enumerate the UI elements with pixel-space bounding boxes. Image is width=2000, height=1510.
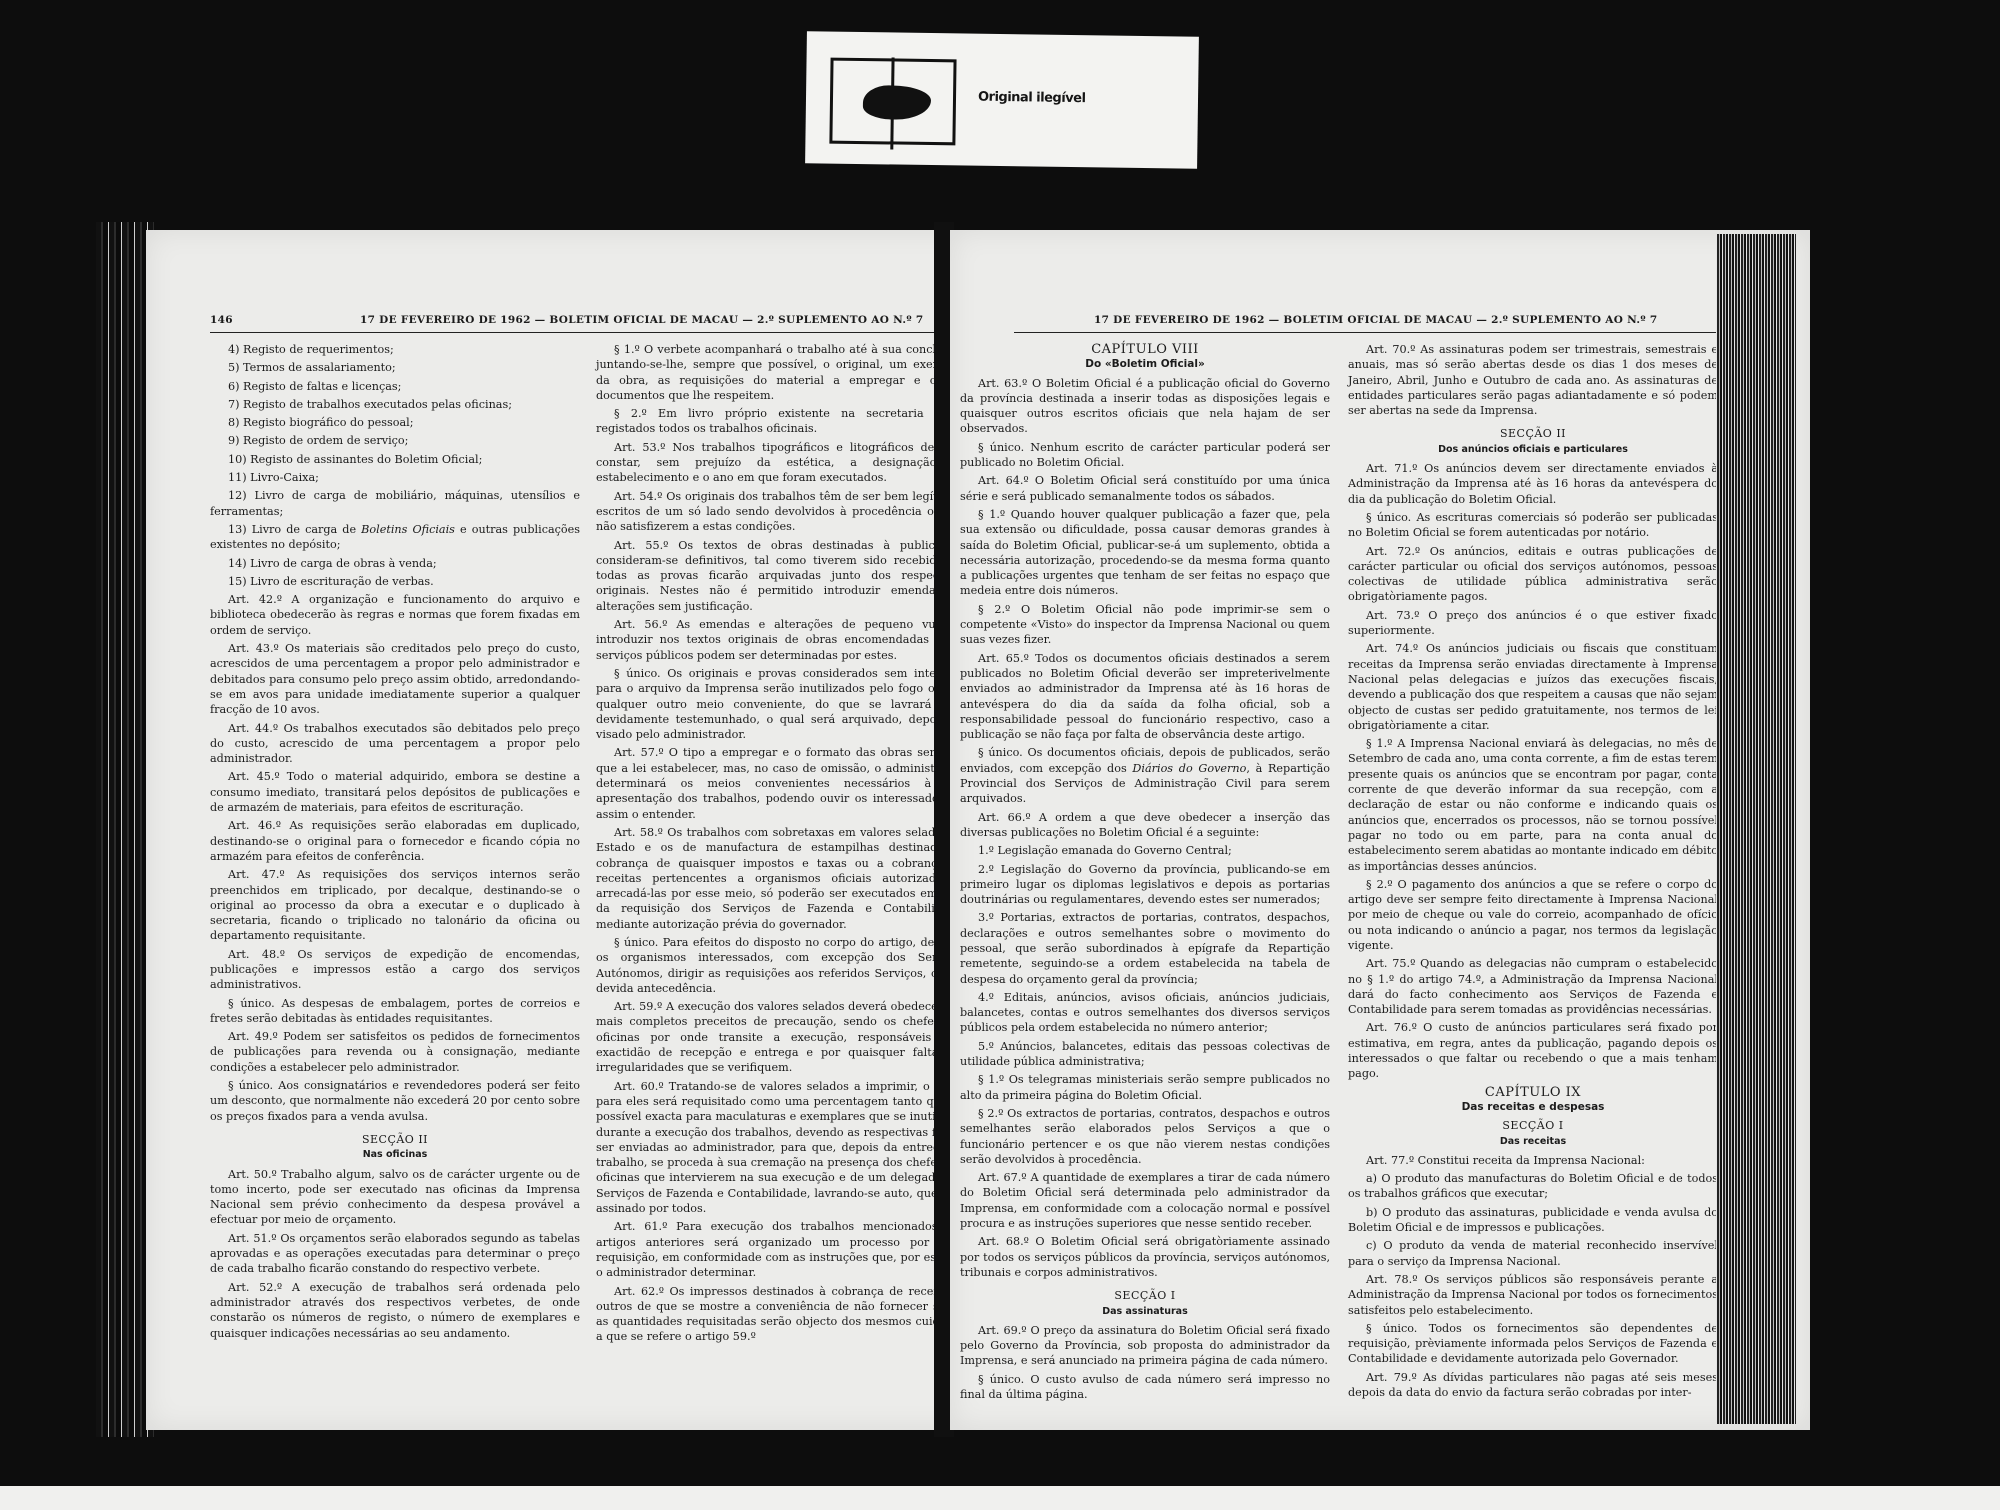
paragraph: § único. Nenhum escrito de carácter part… bbox=[960, 440, 1330, 471]
paragraph: 8) Registo biográfico do pessoal; bbox=[210, 415, 580, 430]
paragraph: Art. 50.º Trabalho algum, salvo os de ca… bbox=[210, 1167, 580, 1228]
section-subheading: Dos anúncios oficiais e particulares bbox=[1348, 442, 1718, 457]
paragraph: b) O produto das assinaturas, publicidad… bbox=[1348, 1205, 1718, 1236]
running-title: 17 DE FEVEREIRO DE 1962 — BOLETIM OFICIA… bbox=[1094, 314, 1657, 326]
paragraph: 10) Registo de assinantes do Boletim Ofi… bbox=[210, 452, 580, 467]
paragraph: Art. 75.º Quando as delegacias não cumpr… bbox=[1348, 956, 1718, 1017]
paragraph: § único. Todos os fornecimentos são depe… bbox=[1348, 1321, 1718, 1367]
paragraph: § 1.º Os telegramas ministeriais serão s… bbox=[960, 1072, 1330, 1103]
paragraph: 7) Registo de trabalhos executados pelas… bbox=[210, 397, 580, 412]
paragraph: a) O produto das manufacturas do Boletim… bbox=[1348, 1171, 1718, 1202]
paragraph: § único. As despesas de embalagem, porte… bbox=[210, 996, 580, 1027]
paragraph: Art. 52.º A execução de trabalhos será o… bbox=[210, 1280, 580, 1341]
paragraph: § 2.º O pagamento dos anúncios a que se … bbox=[1348, 877, 1718, 953]
paragraph: 12) Livro de carga de mobiliário, máquin… bbox=[210, 488, 580, 519]
section-subheading: Das receitas bbox=[1348, 1134, 1718, 1149]
right-column-1: CAPÍTULO VIII Do «Boletim Oficial» Art. … bbox=[960, 342, 1330, 1405]
film-strip-bottom bbox=[0, 1486, 2000, 1510]
paragraph: § único. Aos consignatários e revendedor… bbox=[210, 1078, 580, 1124]
right-column-2: Art. 70.º As assinaturas podem ser trime… bbox=[1348, 342, 1718, 1403]
open-book-icon bbox=[829, 58, 956, 146]
section-heading: SECÇÃO I bbox=[1348, 1118, 1718, 1133]
paragraph: Art. 72.º Os anúncios, editais e outras … bbox=[1348, 544, 1718, 605]
paragraph: § único. Para efeitos do disposto no cor… bbox=[596, 935, 966, 996]
paragraph: 14) Livro de carga de obras à venda; bbox=[210, 556, 580, 571]
paragraph: Art. 51.º Os orçamentos serão elaborados… bbox=[210, 1231, 580, 1277]
section-heading: SECÇÃO I bbox=[960, 1288, 1330, 1303]
page-number: 146 bbox=[210, 314, 233, 326]
paragraph: Art. 67.º A quantidade de exemplares a t… bbox=[960, 1170, 1330, 1231]
paragraph: § 1.º A Imprensa Nacional enviará às del… bbox=[1348, 736, 1718, 874]
paragraph: Art. 49.º Podem ser satisfeitos os pedid… bbox=[210, 1029, 580, 1075]
paragraph: Art. 58.º Os trabalhos com sobretaxas em… bbox=[596, 825, 966, 932]
paragraph: Art. 68.º O Boletim Oficial será obrigat… bbox=[960, 1234, 1330, 1280]
paragraph: § 1.º Quando houver qualquer publicação … bbox=[960, 507, 1330, 599]
paragraph: § 2.º Os extractos de portarias, contrat… bbox=[960, 1106, 1330, 1167]
paragraph: Art. 56.º As emendas e alterações de peq… bbox=[596, 617, 966, 663]
book-edge-right bbox=[1716, 234, 1796, 1424]
paragraph: c) O produto da venda de material reconh… bbox=[1348, 1238, 1718, 1269]
paragraph: Art. 79.º As dívidas particulares não pa… bbox=[1348, 1370, 1718, 1401]
paragraph: Art. 60.º Tratando-se de valores selados… bbox=[596, 1079, 966, 1217]
paragraph: § único. Os documentos oficiais, depois … bbox=[960, 745, 1330, 806]
paragraph: 13) Livro de carga de Boletins Oficiais … bbox=[210, 522, 580, 553]
left-column-2: § 1.º O verbete acompanhará o trabalho a… bbox=[596, 342, 966, 1348]
paragraph: Art. 57.º O tipo a empregar e o formato … bbox=[596, 745, 966, 821]
running-head-right: 17 DE FEVEREIRO DE 1962 — BOLETIM OFICIA… bbox=[1014, 314, 1780, 333]
paragraph: 6) Registo de faltas e licenças; bbox=[210, 379, 580, 394]
paragraph: Art. 73.º O preço dos anúncios é o que e… bbox=[1348, 608, 1718, 639]
chapter-subheading: Das receitas e despesas bbox=[1348, 1100, 1718, 1115]
paragraph: 15) Livro de escrituração de verbas. bbox=[210, 574, 580, 589]
paragraph: 5) Termos de assalariamento; bbox=[210, 360, 580, 375]
running-title: 17 DE FEVEREIRO DE 1962 — BOLETIM OFICIA… bbox=[360, 314, 923, 326]
paragraph: 5.º Anúncios, balancetes, editais das pe… bbox=[960, 1039, 1330, 1070]
open-book-scan: 146 17 DE FEVEREIRO DE 1962 — BOLETIM OF… bbox=[96, 222, 1796, 1442]
paragraph: Art. 71.º Os anúncios devem ser directam… bbox=[1348, 461, 1718, 507]
paragraph: Art. 64.º O Boletim Oficial será constit… bbox=[960, 473, 1330, 504]
paragraph: Art. 59.º A execução dos valores selados… bbox=[596, 999, 966, 1075]
paragraph: 1.º Legislação emanada do Governo Centra… bbox=[960, 843, 1330, 858]
paragraph: Art. 76.º O custo de anúncios particular… bbox=[1348, 1020, 1718, 1081]
paragraph: Art. 43.º Os materiais são creditados pe… bbox=[210, 641, 580, 717]
paragraph: Art. 47.º As requisições dos serviços in… bbox=[210, 867, 580, 943]
ink-blot bbox=[863, 85, 931, 120]
paragraph: 11) Livro-Caixa; bbox=[210, 470, 580, 485]
page-left: 146 17 DE FEVEREIRO DE 1962 — BOLETIM OF… bbox=[146, 230, 1026, 1430]
paragraph: Art. 61.º Para execução dos trabalhos me… bbox=[596, 1219, 966, 1280]
paragraph: 4.º Editais, anúncios, avisos oficiais, … bbox=[960, 990, 1330, 1036]
paragraph: § único. Os originais e provas considera… bbox=[596, 666, 966, 742]
paragraph: Art. 69.º O preço da assinatura do Bolet… bbox=[960, 1323, 1330, 1369]
paragraph: Art. 46.º As requisições serão elaborada… bbox=[210, 818, 580, 864]
section-heading: SECÇÃO II bbox=[210, 1132, 580, 1147]
paragraph: Art. 54.º Os originais dos trabalhos têm… bbox=[596, 489, 966, 535]
paragraph: 9) Registo de ordem de serviço; bbox=[210, 433, 580, 448]
paragraph: Art. 63.º O Boletim Oficial é a publicaç… bbox=[960, 376, 1330, 437]
paragraph: Art. 53.º Nos trabalhos tipográficos e l… bbox=[596, 440, 966, 486]
paragraph: Art. 44.º Os trabalhos executados são de… bbox=[210, 721, 580, 767]
paragraph: Art. 55.º Os textos de obras destinadas … bbox=[596, 538, 966, 614]
paragraph: 4) Registo de requerimentos; bbox=[210, 342, 580, 357]
paragraph: § 2.º Em livro próprio existente na secr… bbox=[596, 406, 966, 437]
paragraph: Art. 70.º As assinaturas podem ser trime… bbox=[1348, 342, 1718, 418]
paragraph: Art. 62.º Os impressos destinados à cobr… bbox=[596, 1284, 966, 1345]
paragraph: Art. 48.º Os serviços de expedição de en… bbox=[210, 947, 580, 993]
chapter-heading: CAPÍTULO IX bbox=[1348, 1085, 1718, 1100]
paragraph: Art. 65.º Todos os documentos oficiais d… bbox=[960, 651, 1330, 743]
left-column-1: 4) Registo de requerimentos;5) Termos de… bbox=[210, 342, 580, 1344]
paragraph: § 2.º O Boletim Oficial não pode imprimi… bbox=[960, 602, 1330, 648]
paragraph: Art. 77.º Constitui receita da Imprensa … bbox=[1348, 1153, 1718, 1168]
paragraph: Art. 45.º Todo o material adquirido, emb… bbox=[210, 769, 580, 815]
page-right: 17 DE FEVEREIRO DE 1962 — BOLETIM OFICIA… bbox=[950, 230, 1810, 1430]
paragraph: Art. 74.º Os anúncios judiciais ou fisca… bbox=[1348, 641, 1718, 733]
paragraph: 3.º Portarias, extractos de portarias, c… bbox=[960, 910, 1330, 986]
illegible-original-notice: Original ilegível bbox=[805, 31, 1199, 168]
section-subheading: Nas oficinas bbox=[210, 1147, 580, 1162]
section-subheading: Das assinaturas bbox=[960, 1304, 1330, 1319]
paragraph: Art. 78.º Os serviços públicos são respo… bbox=[1348, 1272, 1718, 1318]
paragraph: Art. 66.º A ordem a que deve obedecer a … bbox=[960, 810, 1330, 841]
notice-label: Original ilegível bbox=[978, 90, 1086, 106]
paragraph: § 1.º O verbete acompanhará o trabalho a… bbox=[596, 342, 966, 403]
paragraph: § único. O custo avulso de cada número s… bbox=[960, 1372, 1330, 1403]
running-head-left: 146 17 DE FEVEREIRO DE 1962 — BOLETIM OF… bbox=[210, 314, 996, 333]
paragraph: § único. As escrituras comerciais só pod… bbox=[1348, 510, 1718, 541]
section-heading: SECÇÃO II bbox=[1348, 426, 1718, 441]
paragraph: Art. 42.º A organização e funcionamento … bbox=[210, 592, 580, 638]
chapter-heading: CAPÍTULO VIII bbox=[960, 342, 1330, 357]
paragraph: 2.º Legislação do Governo da província, … bbox=[960, 862, 1330, 908]
chapter-subheading: Do «Boletim Oficial» bbox=[960, 357, 1330, 372]
